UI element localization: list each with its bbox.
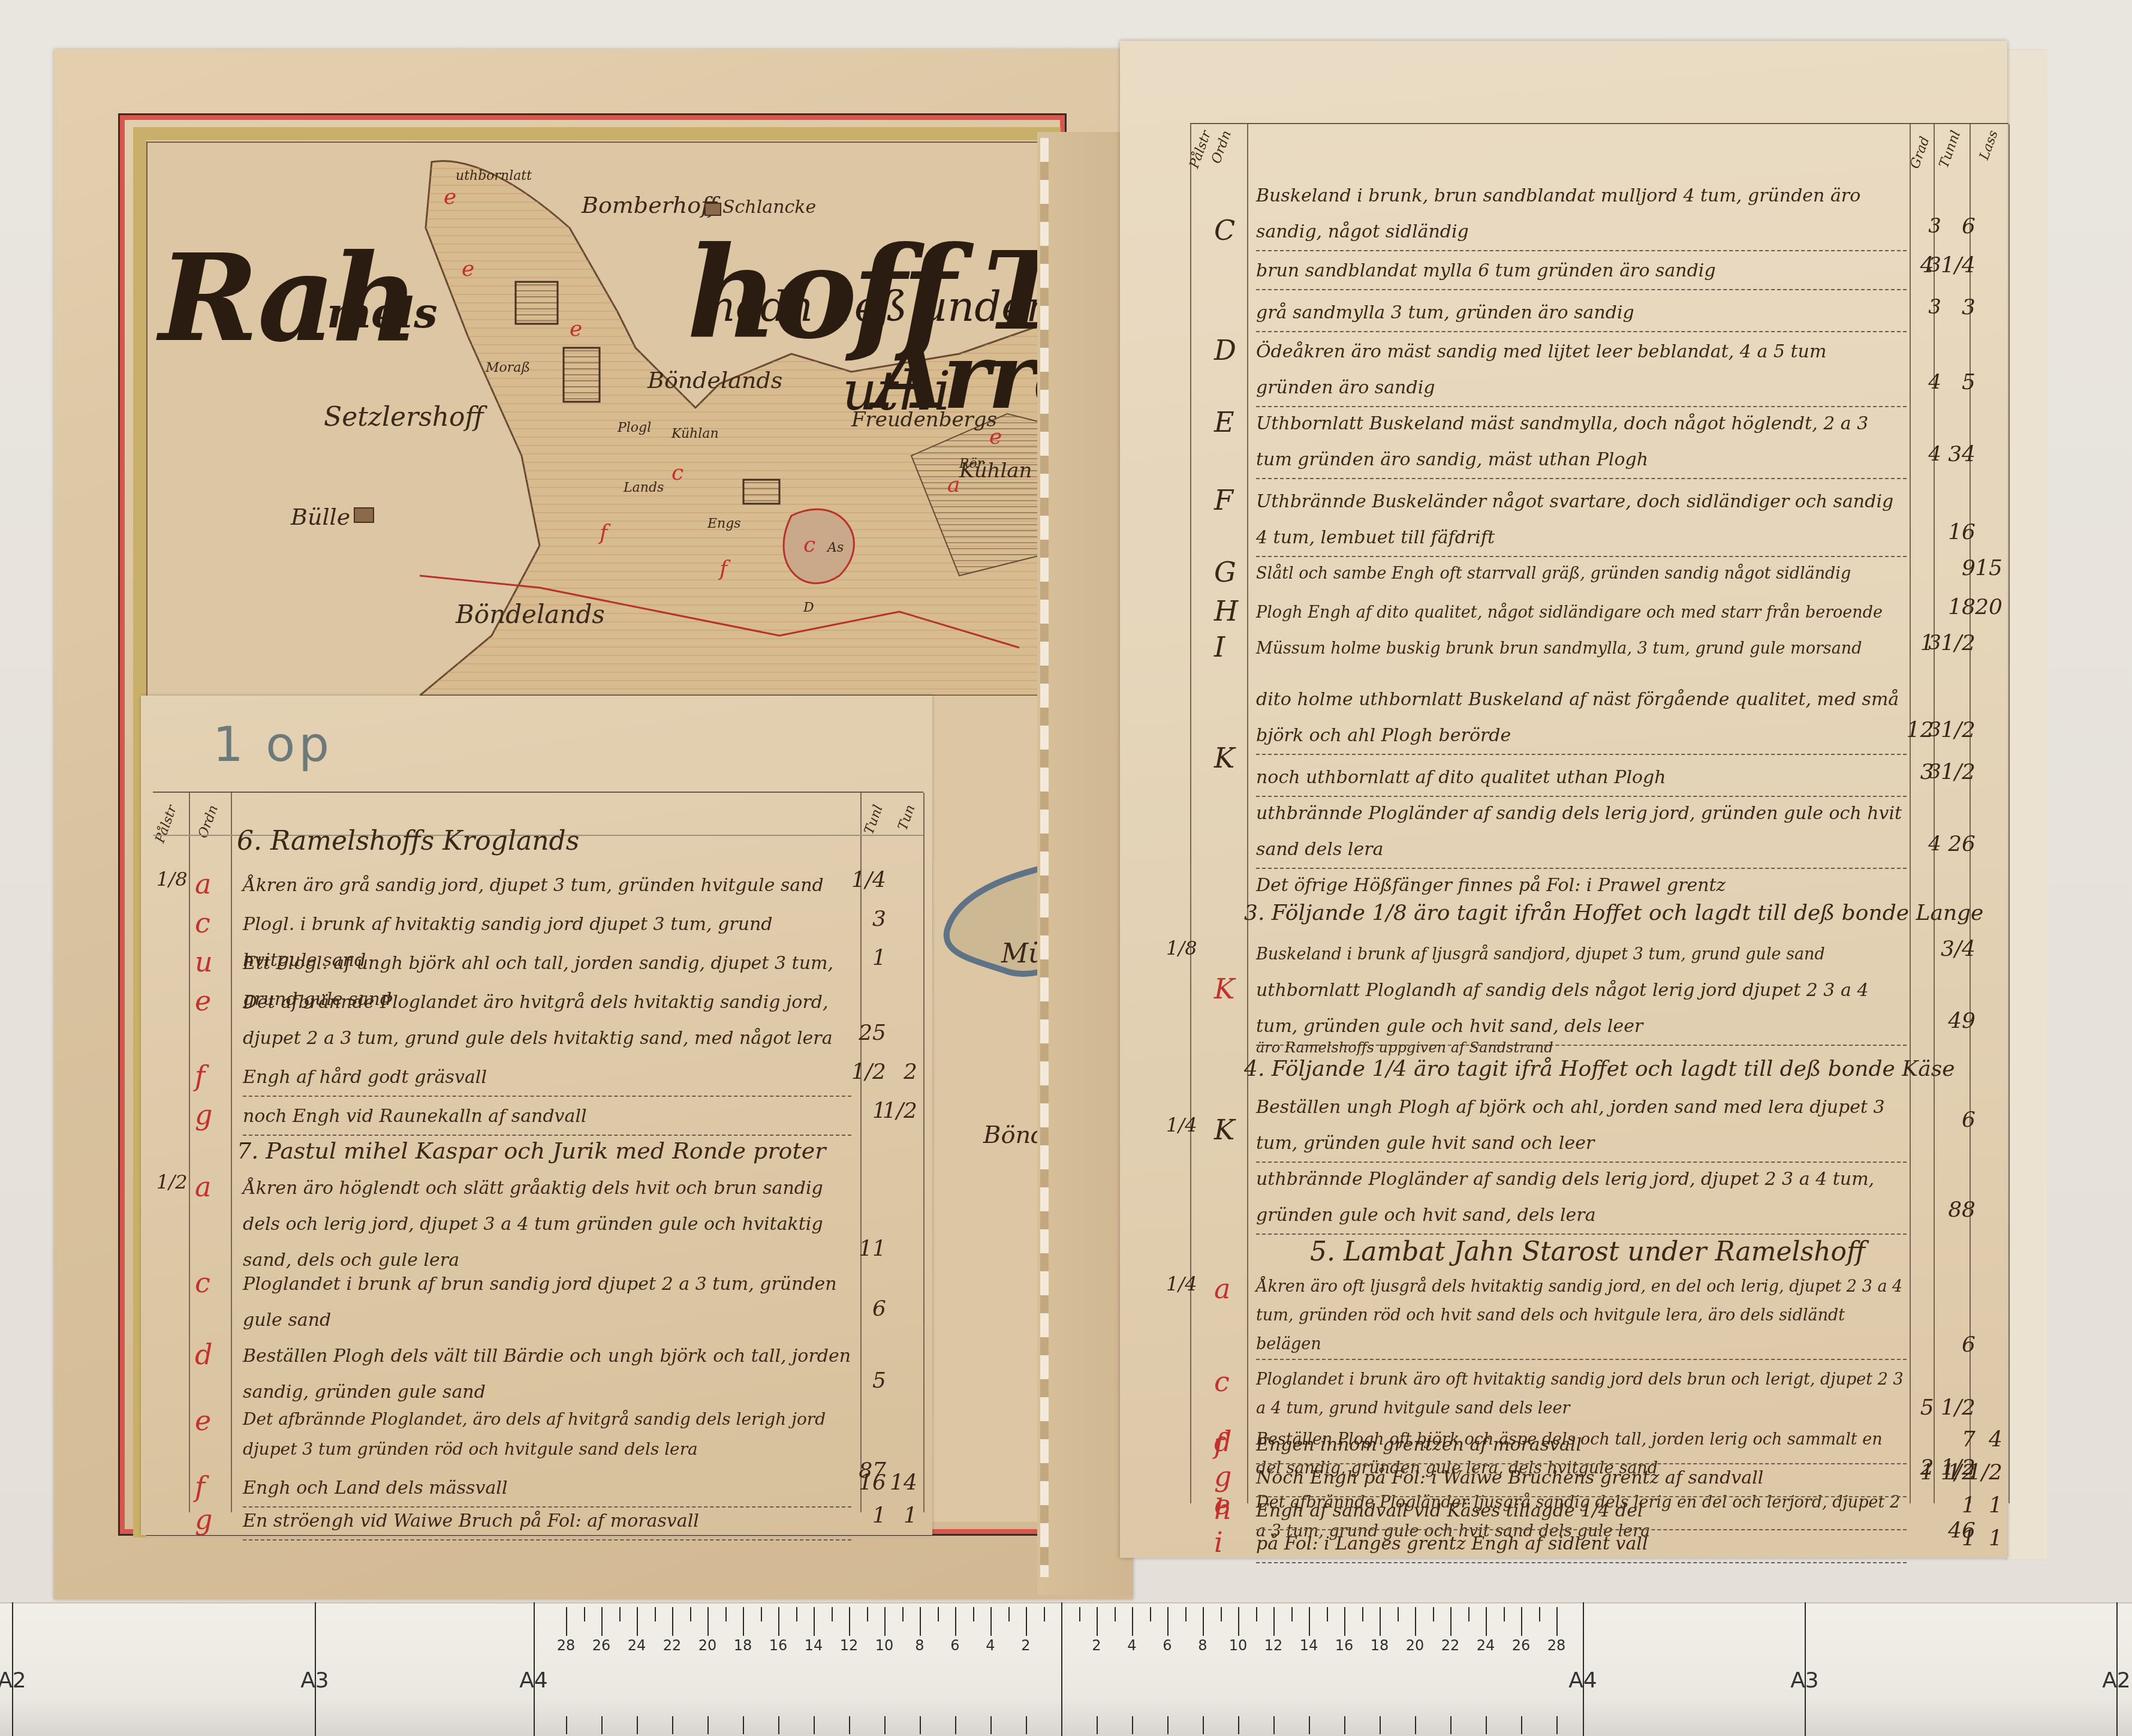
ruler-tick — [1380, 1607, 1381, 1636]
ruler-tick — [1556, 1607, 1558, 1636]
ruler-tick — [1398, 1607, 1399, 1621]
ruler-number: 14 — [1300, 1637, 1318, 1654]
parcel-label: As — [826, 540, 844, 555]
ruler-tick — [619, 1607, 621, 1621]
column-divider — [1910, 124, 1911, 1503]
house-icon — [354, 507, 374, 523]
ruler-tick — [1521, 1716, 1522, 1734]
paper-size-label: A4 — [1568, 1668, 1597, 1693]
parcel-label: uthbornlatt — [456, 169, 532, 183]
ruler-number: 24 — [1477, 1637, 1495, 1654]
ruler-tick — [725, 1607, 727, 1621]
ruler-number: 2 — [1092, 1637, 1101, 1654]
ruler-tick — [955, 1716, 956, 1734]
ruler-tick — [1273, 1716, 1275, 1734]
place-name: Bomberhoff — [582, 192, 717, 218]
paper-size-label: A3 — [300, 1668, 329, 1693]
ruler-number: 26 — [592, 1637, 611, 1654]
ruler-number: 4 — [986, 1637, 995, 1654]
column-header: Pålstr — [153, 804, 180, 845]
ruler-tick — [1380, 1716, 1381, 1734]
parcel-label: Lands — [623, 480, 664, 495]
ruler-tick — [1221, 1607, 1222, 1621]
ruler-tick — [1504, 1607, 1505, 1621]
ruler-number: 18 — [1371, 1637, 1389, 1654]
section-heading: 5. Lambat Jahn Starost under Ramelshoff — [1310, 1236, 1865, 1267]
ruler-tick — [1185, 1607, 1187, 1621]
ruler-tick — [672, 1716, 673, 1734]
paper-size-label: A4 — [519, 1668, 548, 1693]
ruler-tick — [796, 1607, 797, 1621]
ruler-tick — [1344, 1716, 1345, 1734]
ruler-number: 14 — [805, 1637, 823, 1654]
ruler-number: 22 — [1441, 1637, 1460, 1654]
ruler-tick — [1291, 1607, 1293, 1621]
ruler-tick — [778, 1607, 779, 1636]
svg-text:c: c — [803, 532, 815, 557]
ruler-tick — [566, 1716, 567, 1734]
section-heading: 6. Ramelshoffs Kroglands — [237, 826, 579, 856]
ruler-tick — [938, 1607, 939, 1621]
column-header: Lass — [1977, 128, 2001, 162]
ruler-tick — [973, 1607, 974, 1621]
right-sheet-edge — [2005, 49, 2047, 1560]
ruler-tick — [1061, 1602, 1062, 1736]
ruler-number: 6 — [1163, 1637, 1172, 1654]
column-header: Grad — [1907, 134, 1932, 171]
ruler-number: 10 — [875, 1637, 894, 1654]
ruler-tick — [672, 1607, 673, 1636]
ruler-tick — [1486, 1716, 1487, 1734]
ruler-tick — [566, 1607, 567, 1636]
ruler-tick — [1309, 1716, 1310, 1734]
ruler-tick — [707, 1716, 709, 1734]
ruler-tick — [1344, 1607, 1345, 1636]
column-divider — [231, 793, 232, 1512]
ruler-number: 28 — [1547, 1637, 1566, 1654]
paper-size-label: A2 — [2102, 1668, 2131, 1693]
column-divider — [1190, 124, 1191, 1503]
ruler-tick — [690, 1607, 691, 1621]
ruler-number: 16 — [769, 1637, 788, 1654]
ruler-tick — [1273, 1607, 1275, 1636]
svg-text:e: e — [462, 257, 474, 281]
ruler-tick — [1008, 1607, 1010, 1621]
ruler-number: 6 — [950, 1637, 959, 1654]
ruler-number: 4 — [1127, 1637, 1136, 1654]
place-name: Kühlan — [959, 459, 1032, 483]
ruler-number: 22 — [663, 1637, 682, 1654]
ruler-tick — [1486, 1607, 1487, 1636]
ruler-marks: 2826242220181614121086422468101214161820… — [0, 1602, 2132, 1736]
ruler-tick — [1309, 1607, 1310, 1636]
paper-size-label: A2 — [0, 1668, 26, 1693]
ruler-tick — [990, 1716, 992, 1734]
svg-text:c: c — [671, 461, 683, 485]
column-header: Tunnl — [1937, 129, 1964, 170]
place-name: Schlancke — [722, 197, 816, 218]
ruler-tick — [1238, 1607, 1239, 1636]
right-survey-table-continued: f Engen innom grentzen af morasvall 74 g… — [1190, 1427, 2008, 1565]
right-survey-table: Pålstr Ordn Grad Tunnl Lass C Buskeland … — [1190, 123, 2008, 1503]
ruler-number: 26 — [1512, 1637, 1531, 1654]
ruler-tick — [1415, 1607, 1416, 1636]
map-tear — [1040, 138, 1049, 1577]
column-divider — [1247, 124, 1248, 1503]
ruler-tick — [1203, 1607, 1204, 1636]
ruler-tick — [1362, 1607, 1363, 1621]
parcel-label: Kühlan — [671, 426, 719, 441]
ruler-tick — [884, 1716, 886, 1734]
ruler-tick — [1044, 1607, 1045, 1621]
ruler-tick — [584, 1607, 585, 1621]
column-divider — [189, 793, 190, 1512]
section-heading: 3. Följande 1/8 äro tagit ifrån Hoffet o… — [1244, 901, 1983, 925]
left-survey-table: Pålstr Ordn Tunl Tun 6. Ramelshoffs Krog… — [153, 792, 923, 1512]
ruler-tick — [761, 1607, 762, 1621]
parcel-label: Moraß — [485, 360, 530, 375]
ruler-tick — [1327, 1607, 1328, 1621]
ruler-tick — [1556, 1716, 1558, 1734]
ruler-tick — [1450, 1716, 1452, 1734]
ruler-tick — [849, 1716, 850, 1734]
ruler-number: 16 — [1335, 1637, 1354, 1654]
ruler-number: 24 — [628, 1637, 646, 1654]
ruler-tick — [778, 1716, 779, 1734]
parcel-label: D — [803, 600, 814, 615]
ruler-tick — [867, 1607, 868, 1621]
ruler-number: 12 — [840, 1637, 859, 1654]
ruler-tick — [655, 1607, 656, 1621]
ruler-tick — [1415, 1716, 1416, 1734]
ruler-tick — [743, 1716, 744, 1734]
parcel-label: Plogl — [617, 420, 651, 435]
svg-text:a: a — [947, 473, 960, 497]
place-name: Bülle — [291, 504, 350, 530]
ruler-number: 8 — [1198, 1637, 1207, 1654]
column-header: Tun — [895, 803, 918, 832]
ruler-tick — [814, 1716, 815, 1734]
ruler-tick — [637, 1716, 638, 1734]
ruler-tick — [902, 1607, 904, 1621]
map-title-mels: mels — [327, 288, 438, 338]
ruler-number: 28 — [557, 1637, 576, 1654]
column-divider — [923, 793, 925, 1512]
ruler-tick — [1433, 1607, 1434, 1621]
ruler-tick — [1167, 1607, 1169, 1636]
ruler-tick — [814, 1607, 815, 1636]
ruler-tick — [1026, 1716, 1027, 1734]
ruler-tick — [1115, 1607, 1116, 1621]
ruler-tick — [1097, 1716, 1098, 1734]
svg-text:e: e — [570, 317, 582, 341]
ruler-tick — [1256, 1607, 1257, 1621]
ruler-tick — [832, 1607, 833, 1621]
ruler-tick — [955, 1607, 956, 1636]
ruler-tick — [884, 1607, 886, 1636]
house-icon — [704, 203, 721, 216]
ruler-number: 18 — [734, 1637, 752, 1654]
ruler-tick — [601, 1716, 603, 1734]
ruler-tick — [920, 1716, 921, 1734]
ruler-tick — [1203, 1716, 1204, 1734]
column-divider — [860, 793, 862, 1512]
ruler-tick — [1167, 1716, 1169, 1734]
ruler-tick — [1132, 1716, 1133, 1734]
ruler-tick — [849, 1607, 850, 1636]
column-header: Tunl — [862, 803, 886, 837]
ruler-tick — [1238, 1716, 1239, 1734]
ruler-tick — [1150, 1607, 1151, 1621]
ruler-tick — [1132, 1607, 1133, 1636]
svg-text:e: e — [444, 185, 456, 209]
ruler-tick — [990, 1607, 992, 1636]
parcel-label: Engs — [707, 516, 741, 531]
paper-size-label: A3 — [1790, 1668, 1819, 1693]
map-right-strip — [1037, 132, 1133, 1595]
archive-pencil-mark: 1 op — [213, 717, 333, 772]
ruler-tick — [1521, 1607, 1522, 1636]
ruler-tick — [637, 1607, 638, 1636]
ruler-number: 20 — [1406, 1637, 1425, 1654]
ruler-number: 8 — [915, 1637, 924, 1654]
ruler-number: 2 — [1021, 1637, 1030, 1654]
ruler-tick — [920, 1607, 921, 1636]
column-divider — [2008, 124, 2010, 1503]
ruler-number: 12 — [1264, 1637, 1283, 1654]
ruler-tick — [1097, 1607, 1098, 1636]
place-name: Böndelands — [456, 600, 605, 629]
ruler-tick — [1026, 1607, 1027, 1636]
place-name: Böndelands — [648, 367, 782, 393]
section-heading: 7. Pastul mihel Kaspar och Jurik med Ron… — [237, 1138, 826, 1164]
ruler-tick — [707, 1607, 709, 1636]
ruler-tick — [1450, 1607, 1452, 1636]
section-heading: 4. Följande 1/4 äro tagit ifrå Hoffet oc… — [1244, 1057, 1955, 1081]
place-name: Freudenbergs — [851, 408, 997, 432]
place-name: Setzlershoff — [324, 402, 484, 432]
ruler-tick — [1468, 1607, 1469, 1621]
ruler-number: 10 — [1229, 1637, 1248, 1654]
column-divider — [1970, 124, 1971, 1503]
ruler-tick — [1539, 1607, 1540, 1621]
column-divider — [1934, 124, 1935, 1503]
ruler-tick — [743, 1607, 744, 1636]
ruler-tick — [601, 1607, 603, 1636]
ruler-tick — [1079, 1607, 1080, 1621]
ruler-number: 20 — [698, 1637, 717, 1654]
